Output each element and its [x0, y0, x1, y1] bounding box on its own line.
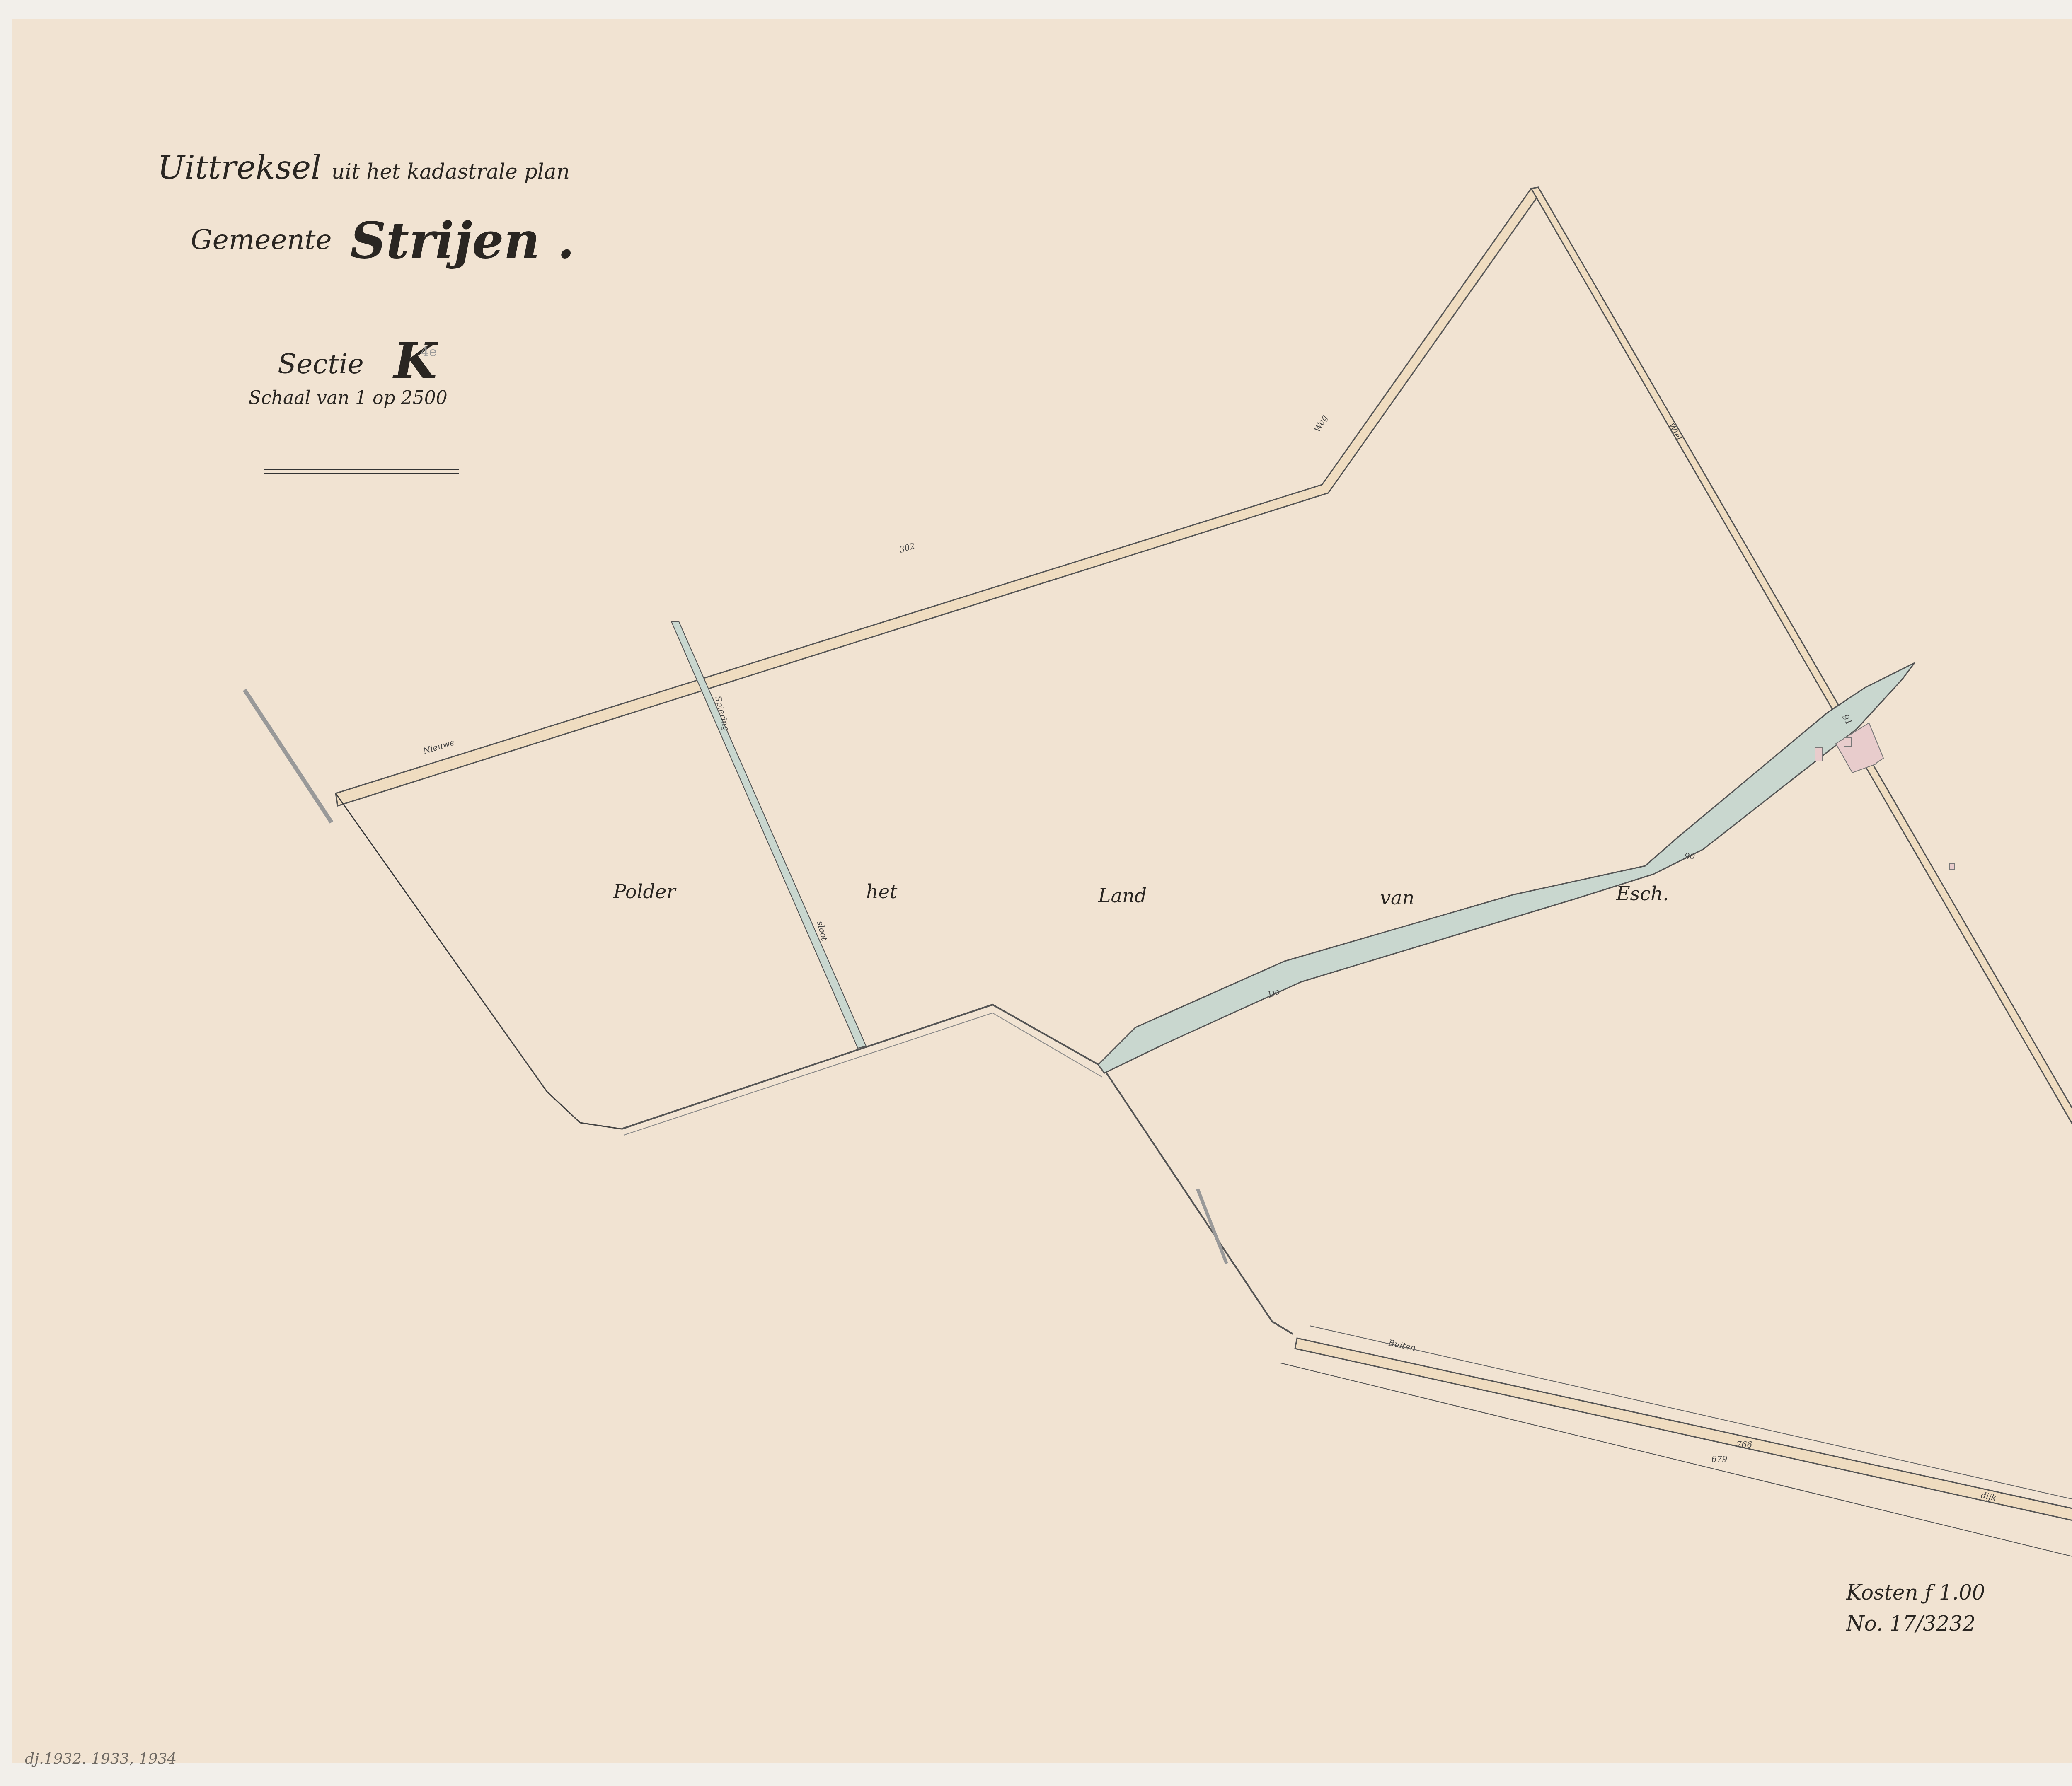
road-buiten-dijk: [1295, 1338, 2072, 1531]
building-small-1: [1815, 748, 1823, 761]
creek-label-90: 90: [1685, 851, 1695, 861]
road-label-766: 766: [1736, 1440, 1752, 1450]
document-number: No. 17/3232: [1846, 1612, 1975, 1636]
kosten-label: Kosten ƒ 1.00: [1846, 1581, 1985, 1605]
road-nieuwe-weg: [336, 189, 1537, 806]
gemeente-name: Strijen .: [350, 211, 574, 270]
area-label-land: Land: [1098, 885, 1147, 907]
central-dike: [622, 1005, 1293, 1334]
scale-label: Schaal van 1 op 2500: [249, 387, 448, 408]
cadastral-map: [0, 0, 2072, 1786]
sectie-value: K: [394, 331, 437, 390]
area-label-polder: Polder: [613, 880, 675, 903]
west-boundary: [336, 793, 622, 1129]
gemeente-label: Gemeente: [191, 224, 332, 256]
dijk-inner-line: [1310, 1326, 2072, 1508]
document-title: Uittreksel uit het kadastrale plan: [157, 149, 570, 186]
sectie-pencil-note: 4e: [421, 344, 437, 360]
area-label-het: het: [866, 880, 897, 903]
road-wiel: [1531, 187, 2072, 1407]
creek: [1098, 663, 1915, 1073]
scale-bar: [264, 469, 459, 474]
area-label-van: van: [1380, 887, 1414, 909]
sw-dike-segment: [1198, 1189, 1227, 1264]
dijk-outer-line: [1280, 1363, 2072, 1578]
sectie-label: Sectie: [278, 348, 364, 380]
central-dike-inner: [624, 1013, 1102, 1135]
west-dike-segment: [244, 690, 332, 822]
road-label-679: 679: [1711, 1454, 1727, 1464]
area-label-esch: Esch.: [1616, 882, 1669, 905]
pencil-annotation: dj.1932. 1933, 1934: [25, 1750, 177, 1767]
building-small-3: [1950, 864, 1955, 870]
building-small-2: [1844, 737, 1852, 747]
spiering-sloot: [671, 621, 866, 1048]
